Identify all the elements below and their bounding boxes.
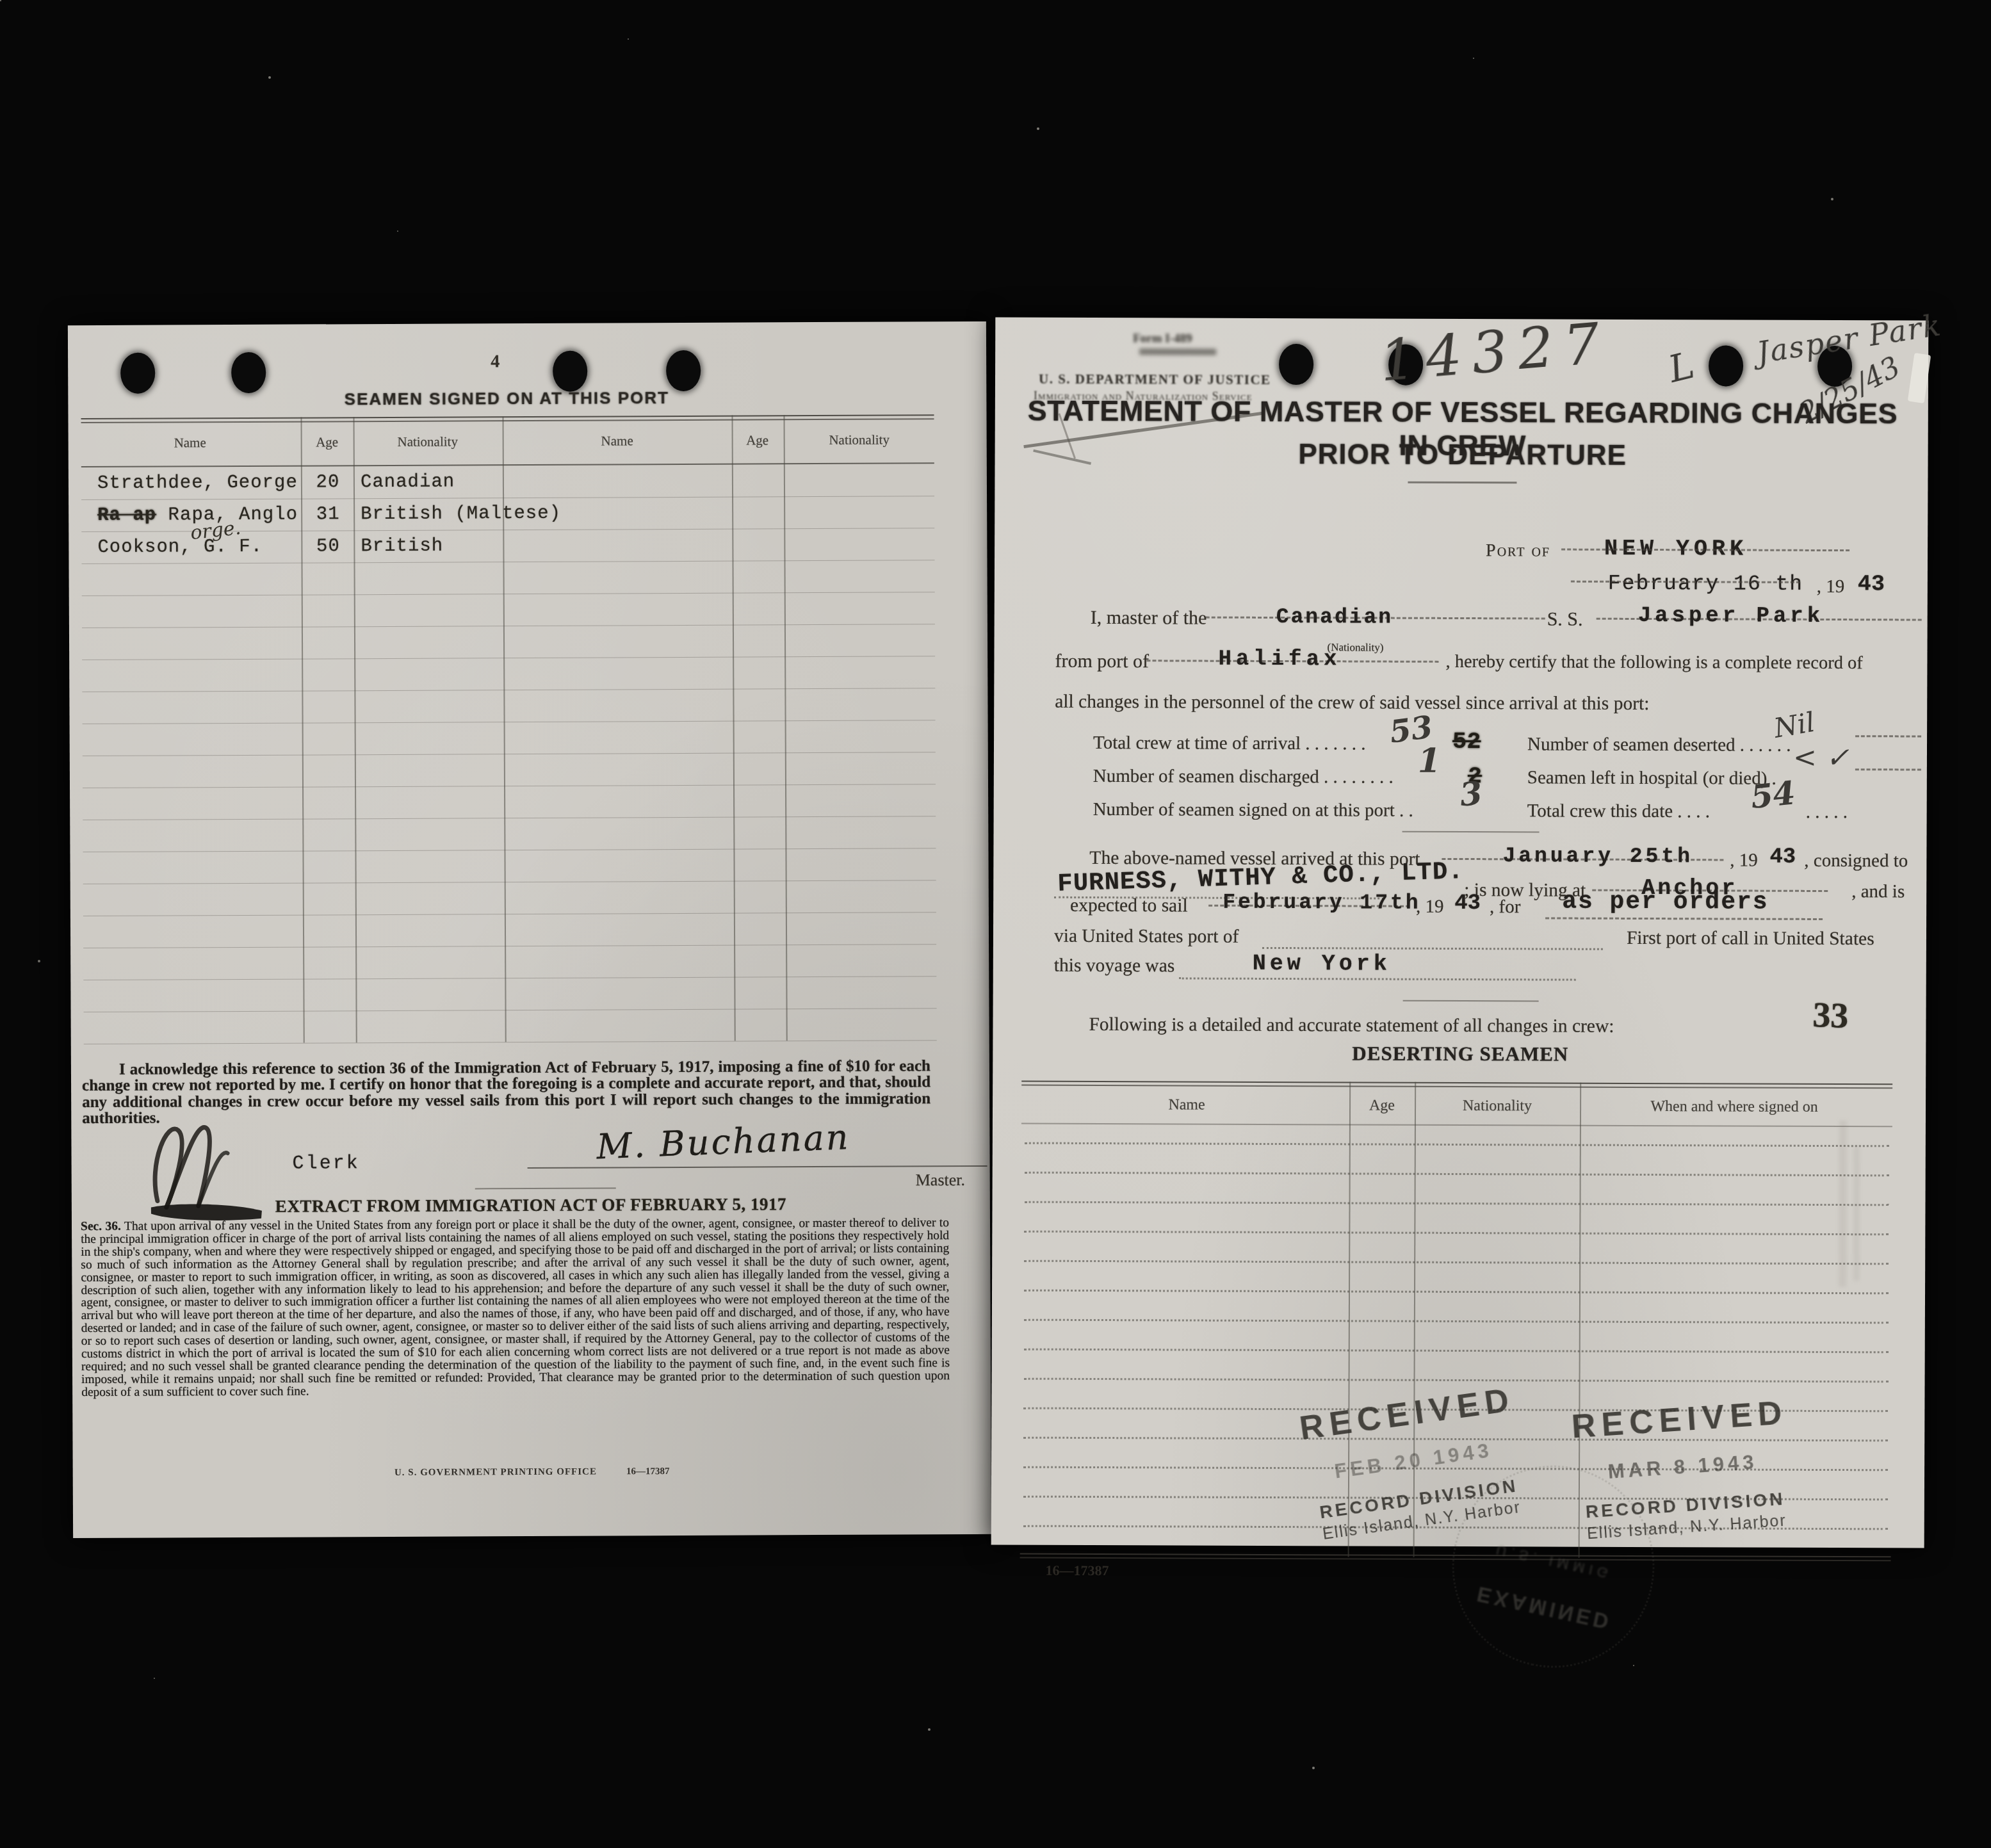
voyage-value: New York (1253, 951, 1391, 977)
printed-year-prefix: , 19 (1817, 576, 1845, 597)
table-row: Strathdee, George20Canadian (81, 464, 934, 500)
nationality-value: Canadian (1276, 605, 1394, 629)
deserting-row (1025, 1172, 1889, 1177)
voyage-fill-line (1179, 977, 1576, 980)
table-row (83, 720, 936, 756)
ghost-stamp-bleed (1839, 1121, 1847, 1287)
lying-suffix: , and is (1851, 881, 1905, 902)
seaman-name: Strathdee, George (97, 472, 298, 494)
table-row (83, 848, 936, 884)
table-top-rule (81, 414, 934, 423)
film-dust-specks (0, 0, 1, 1)
film-edge-flare (1908, 353, 1931, 403)
table-row (83, 752, 936, 788)
form-title-line2: PRIOR TO DEPARTURE (1021, 438, 1905, 473)
table-row (82, 624, 935, 660)
clerk-label: Clerk (293, 1153, 360, 1174)
continuation-text: all changes in the personnel of the crew… (1055, 692, 1649, 715)
column-header-age: Age (746, 432, 768, 448)
title-rule (1408, 482, 1516, 484)
punch-hole (553, 351, 587, 392)
arrival-printed-year: , 19 (1730, 850, 1758, 871)
ghost-stamp-word: EXAMINED (1445, 1575, 1644, 1641)
sheet-number-stamp: 33 (1812, 994, 1849, 1037)
table-row (83, 976, 936, 1012)
deserting-row (1024, 1378, 1889, 1383)
printer-imprint: U. S. GOVERNMENT PRINTING OFFICE (394, 1467, 597, 1479)
table-row: Cookson, G. F.orge.50British (81, 528, 934, 564)
via-fill-line (1262, 947, 1603, 950)
from-port-label: from port of (1055, 651, 1149, 673)
seaman-nationality: British (Maltese) (361, 503, 561, 524)
extract-body-text: That upon arrival of any vessel in the U… (81, 1216, 950, 1399)
master-label: Master. (916, 1171, 965, 1190)
table-top-rule (1021, 1081, 1892, 1089)
sail-date-value: February 17th (1223, 891, 1421, 915)
deserting-row (1024, 1260, 1889, 1265)
seaman-nationality: Canadian (361, 471, 455, 493)
seaman-age: 50 (305, 535, 350, 556)
left-page-title: SEAMEN SIGNED ON AT THIS PORT (68, 387, 945, 410)
hospital-dash (1855, 768, 1921, 770)
column-header-signed-on: When and where signed on (1650, 1098, 1817, 1116)
typed-year: 43 (1858, 571, 1885, 597)
certify-text: , hereby certify that the following is a… (1445, 652, 1932, 674)
section-divider-rule (475, 1187, 616, 1189)
total-crew-label: Total crew this date . . . . (1527, 800, 1711, 822)
deserting-row (1024, 1319, 1889, 1324)
vessel-name-value: Jasper Park (1638, 604, 1824, 629)
column-header-name: Name (601, 433, 633, 449)
form-edition-smudge (1139, 348, 1216, 355)
sail-destination-value: as per orders (1562, 888, 1769, 916)
handwritten-check-mark: L (1664, 343, 1699, 391)
page-number: 4 (491, 352, 500, 372)
arrival-suffix: , consigned to (1804, 850, 1908, 872)
table-row (83, 816, 936, 852)
discharged-label: Number of seamen discharged . . . . . . … (1093, 766, 1394, 788)
section-divider-rule (1403, 1000, 1539, 1002)
following-statement: Following is a detailed and accurate sta… (1089, 1014, 1614, 1037)
signed-on-handwritten: 3 (1458, 774, 1484, 813)
deserting-row (1024, 1349, 1889, 1354)
column-header-age: Age (1369, 1098, 1395, 1115)
signed-on-label: Number of seamen signed on at this port … (1093, 799, 1413, 822)
deserting-seamen-title: DESERTING SEAMEN (1018, 1041, 1902, 1067)
arrival-date-value: January 25th (1502, 844, 1693, 868)
total-arrival-label: Total crew at time of arrival . . . . . … (1093, 733, 1366, 754)
punch-hole (666, 350, 701, 391)
table-row (82, 656, 935, 692)
total-crew-trailing-dots: . . . . . (1806, 802, 1848, 823)
form-number: 16—17387 (1045, 1562, 1109, 1579)
from-port-value: Halifax (1218, 647, 1341, 672)
sail-printed-year: , 19 (1416, 896, 1444, 918)
table-row (81, 560, 934, 596)
seamen-signed-on-table: Strathdee, George20CanadianRa ap Rapa, A… (69, 464, 989, 1044)
table-row (83, 944, 936, 980)
port-of-label: Port of (1486, 540, 1550, 561)
ghost-stamp-bleed (1853, 1146, 1860, 1281)
seaman-nationality: British (361, 535, 443, 557)
microfilm-frame: 4 SEAMEN SIGNED ON AT THIS PORT Name Age… (0, 0, 1991, 1848)
table-row (83, 912, 936, 948)
handwritten-file-number: 14327 (1377, 309, 1612, 394)
deserting-row (1024, 1231, 1889, 1236)
column-header-name: Name (174, 435, 206, 451)
date-fill-line (1571, 581, 1800, 583)
arrival-typed-year: 43 (1769, 845, 1796, 870)
header-rule (1021, 1123, 1892, 1127)
sail-destination-fill (1545, 917, 1823, 920)
extract-section-lead: Sec. 36. (81, 1220, 121, 1233)
punch-hole (231, 352, 266, 393)
column-header-nationality: Nationality (397, 434, 458, 450)
struck-out-text: Ra ap (97, 505, 156, 526)
right-page: Form I-489 U. S. DEPARTMENT OF JUSTICE I… (991, 317, 1929, 1548)
discharged-handwritten: 1 (1418, 742, 1441, 781)
punch-hole (1709, 345, 1743, 386)
total-arrival-struck-value: 52 (1452, 729, 1481, 756)
sail-typed-year: 43 (1454, 891, 1481, 916)
table-row (82, 688, 935, 724)
deserted-dash (1855, 735, 1921, 737)
punch-hole (120, 353, 155, 394)
extract-title: EXTRACT FROM IMMIGRATION ACT OF FEBRUARY… (72, 1194, 990, 1217)
hospital-label: Seamen left in hospital (or died) . (1527, 767, 1776, 789)
column-header-nationality: Nationality (829, 432, 890, 448)
deserting-row (1024, 1290, 1889, 1295)
master-prefix: I, master of the (1091, 607, 1207, 629)
column-header-name: Name (1168, 1096, 1205, 1114)
voyage-label: this voyage was (1054, 955, 1175, 977)
via-label: via United States port of (1054, 926, 1239, 948)
deserted-handwritten: Nil (1771, 706, 1817, 744)
printer-footer: U. S. GOVERNMENT PRINTING OFFICE 16—1738… (73, 1465, 991, 1480)
left-page: 4 SEAMEN SIGNED ON AT THIS PORT Name Age… (68, 321, 991, 1538)
hospital-handwritten: < ✓ (1793, 742, 1849, 774)
table-row (83, 880, 936, 916)
seaman-age: 20 (305, 471, 350, 492)
section-divider-rule (1402, 831, 1540, 833)
table-row (84, 1008, 937, 1044)
statement-date-value: February 16 th (1608, 572, 1803, 596)
punch-hole (1279, 344, 1313, 385)
column-header-age: Age (316, 434, 338, 450)
deserted-label: Number of seamen deserted . . . . . . (1527, 734, 1791, 756)
signature-rule (528, 1165, 987, 1169)
extract-paragraph: Sec. 36. That upon arrival of any vessel… (81, 1217, 950, 1399)
column-header-nationality: Nationality (1463, 1098, 1532, 1115)
deserting-row (1025, 1201, 1889, 1206)
first-port-label: First port of call in United States (1627, 928, 1874, 950)
form-number: 16—17387 (626, 1466, 670, 1477)
sail-for-label: , for (1490, 896, 1520, 918)
ss-label: S. S. (1547, 608, 1583, 630)
table-row (82, 592, 935, 628)
total-crew-handwritten: 54 (1749, 774, 1797, 816)
form-number-smudge: Form I-489 (1133, 332, 1192, 346)
table-row (83, 784, 936, 820)
sail-label: expected to sail (1070, 895, 1188, 917)
seaman-age: 31 (305, 503, 350, 524)
ghost-stamp-fragment: U.S. IMMIG (1456, 1532, 1653, 1591)
deserting-row (1025, 1142, 1889, 1147)
